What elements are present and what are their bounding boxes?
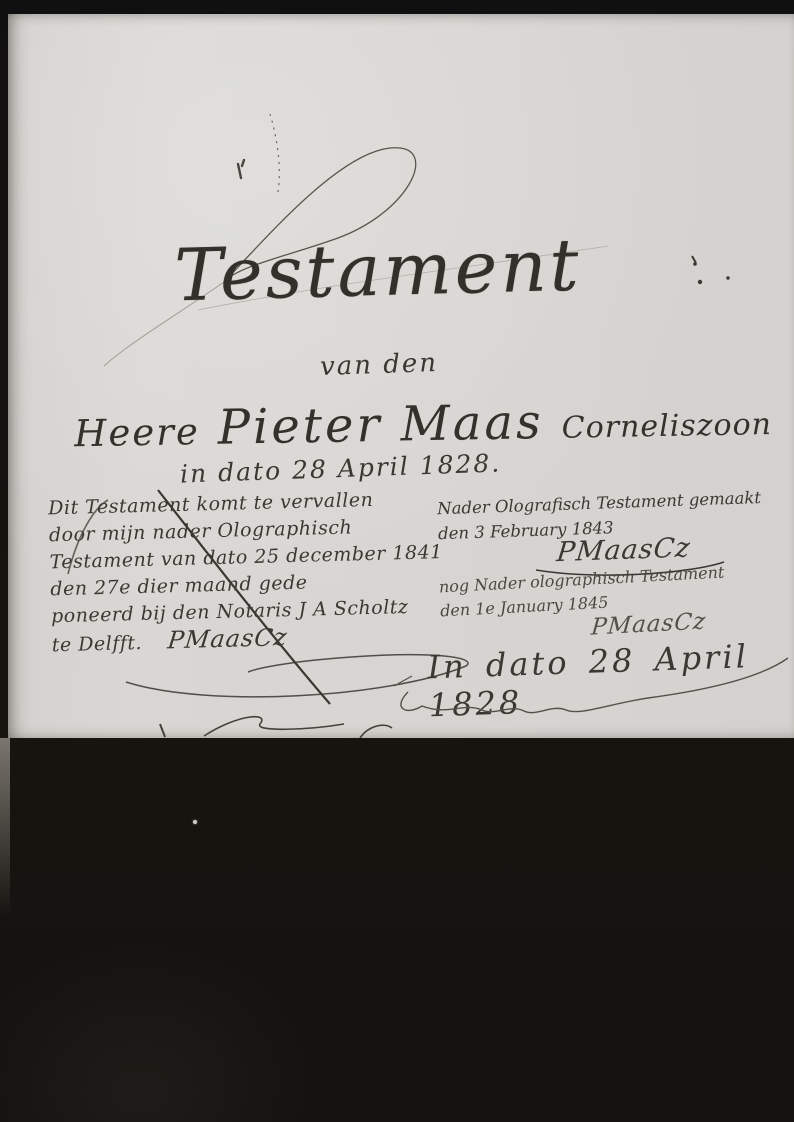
page-edge-strip [0, 738, 10, 918]
document-scan: Testament van den Heere Pieter Maas Corn… [0, 0, 794, 1122]
paper-sheet: Testament van den Heere Pieter Maas Corn… [8, 14, 794, 738]
right-annotation-1-signature: PMaasCz [556, 535, 692, 565]
left-annotation: Dit Testament komt te vervallen door mij… [48, 485, 462, 660]
right-annotation-1845: nog Nader olographisch Testament den 1e … [438, 557, 794, 650]
subtitle-van-den: van den [320, 348, 439, 382]
name-main: Pieter Maas [217, 394, 544, 456]
left-annotation-signature: PMaasCz [166, 624, 289, 654]
left-annotation-line: te Delfft. [52, 630, 143, 659]
name-prefix: Heere [74, 410, 200, 455]
ink-specks [692, 256, 730, 284]
edge-strokes [160, 717, 392, 738]
dust-speck [193, 820, 197, 824]
name-suffix: Corneliszoon [561, 407, 772, 446]
left-signature-underline [126, 655, 468, 697]
document-title: Testament [137, 222, 619, 319]
right-annotation-2-signature: PMaasCz [590, 609, 707, 639]
bottom-date-line: In dato 28 April 1828 [427, 636, 794, 725]
name-line: Heere Pieter Maas Corneliszoon [74, 390, 791, 458]
